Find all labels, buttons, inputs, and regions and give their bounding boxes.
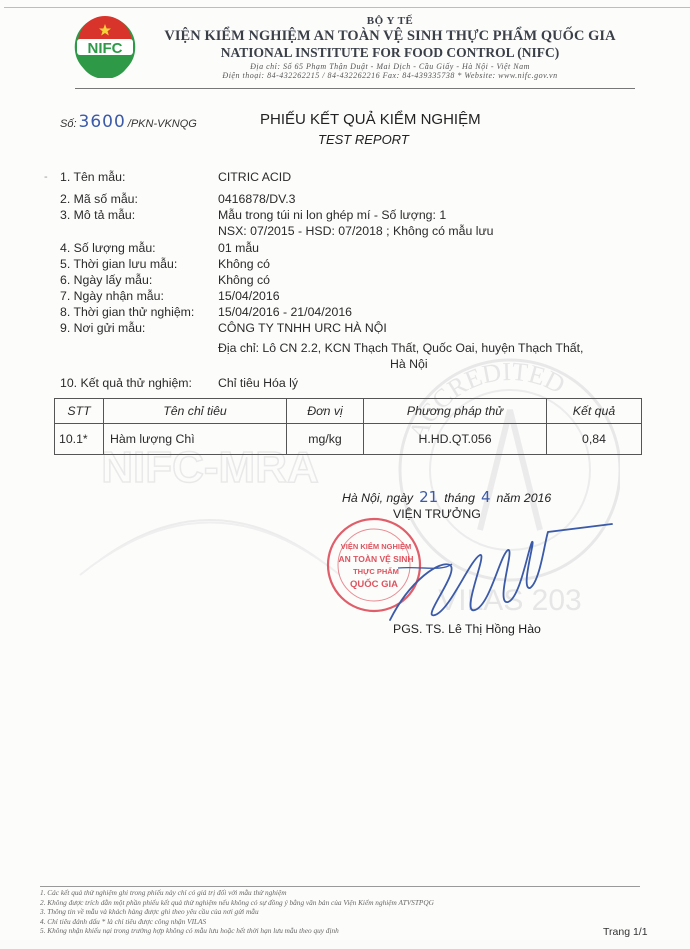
- footnote: 5. Không nhận khiếu nại trong trường hợp…: [40, 926, 434, 936]
- report-number: Số:3600/PKN-VKNQG: [60, 112, 197, 132]
- page-number: Trang 1/1: [603, 926, 648, 938]
- scan-bottom-edge: [0, 940, 690, 949]
- table-header-row: STT Tên chỉ tiêu Đơn vị Phương pháp thử …: [55, 399, 642, 424]
- institute-name-vn: VIỆN KIỂM NGHIỆM AN TOÀN VỆ SINH THỰC PH…: [140, 28, 640, 45]
- footer-divider: [40, 886, 640, 887]
- ministry-name: BỘ Y TẾ: [140, 15, 640, 27]
- footnotes: 1. Các kết quả thử nghiệm ghi trong phiế…: [40, 888, 434, 936]
- col-header-method: Phương pháp thử: [364, 399, 547, 424]
- report-number-prefix: Số:: [60, 118, 77, 130]
- nifc-logo: NIFC: [74, 16, 136, 78]
- report-subtitle: TEST REPORT: [318, 132, 409, 147]
- letterhead: BỘ Y TẾ VIỆN KIỂM NGHIỆM AN TOÀN VỆ SINH…: [140, 15, 640, 80]
- signing-month: 4: [481, 488, 491, 506]
- signing-day: 21: [419, 488, 438, 506]
- cell-stt: 10.1*: [55, 424, 104, 455]
- margin-mark: -: [44, 171, 48, 183]
- signing-date: Hà Nội, ngày21tháng4năm 2016: [342, 488, 551, 506]
- institute-name-en: NATIONAL INSTITUTE FOR FOOD CONTROL (NIF…: [140, 45, 640, 61]
- scan-edge-line: [4, 7, 690, 8]
- col-header-result: Kết quả: [547, 399, 642, 424]
- cell-method: H.HD.QT.056: [364, 424, 547, 455]
- document-page: NIFC-MRA ACCREDITED VILAS 203 NIFC BỘ Y …: [0, 0, 690, 949]
- footnote: 3. Thông tin về mẫu và khách hàng được g…: [40, 907, 434, 917]
- cell-indicator: Hàm lượng Chì: [104, 424, 287, 455]
- report-title: PHIẾU KẾT QUẢ KIỂM NGHIỆM: [260, 111, 481, 128]
- col-header-indicator: Tên chỉ tiêu: [104, 399, 287, 424]
- handwritten-signature: [380, 520, 620, 630]
- results-table: STT Tên chỉ tiêu Đơn vị Phương pháp thử …: [54, 398, 642, 455]
- footnote: 4. Chỉ tiêu đánh dấu * là chỉ tiêu được …: [40, 917, 434, 927]
- report-number-suffix: /PKN-VKNQG: [128, 118, 197, 130]
- footnote: 1. Các kết quả thử nghiệm ghi trong phiế…: [40, 888, 434, 898]
- col-header-stt: STT: [55, 399, 104, 424]
- col-header-unit: Đơn vị: [287, 399, 364, 424]
- institute-address: Địa chỉ: Số 65 Phạm Thận Duật - Mai Dịch…: [140, 62, 640, 71]
- watermark-nifc-mra: NIFC-MRA: [60, 440, 360, 580]
- header-divider: [75, 88, 635, 89]
- institute-contact: Điện thoại: 84-432262215 / 84-432262216 …: [140, 71, 640, 80]
- signer-name: PGS. TS. Lê Thị Hồng Hào: [393, 622, 541, 636]
- table-row: 10.1* Hàm lượng Chì mg/kg H.HD.QT.056 0,…: [55, 424, 642, 455]
- cell-unit: mg/kg: [287, 424, 364, 455]
- cell-result: 0,84: [547, 424, 642, 455]
- report-number-handwritten: 3600: [79, 112, 126, 132]
- footnote: 2. Không được trích dẫn một phần phiếu k…: [40, 898, 434, 908]
- svg-text:NIFC: NIFC: [88, 40, 123, 57]
